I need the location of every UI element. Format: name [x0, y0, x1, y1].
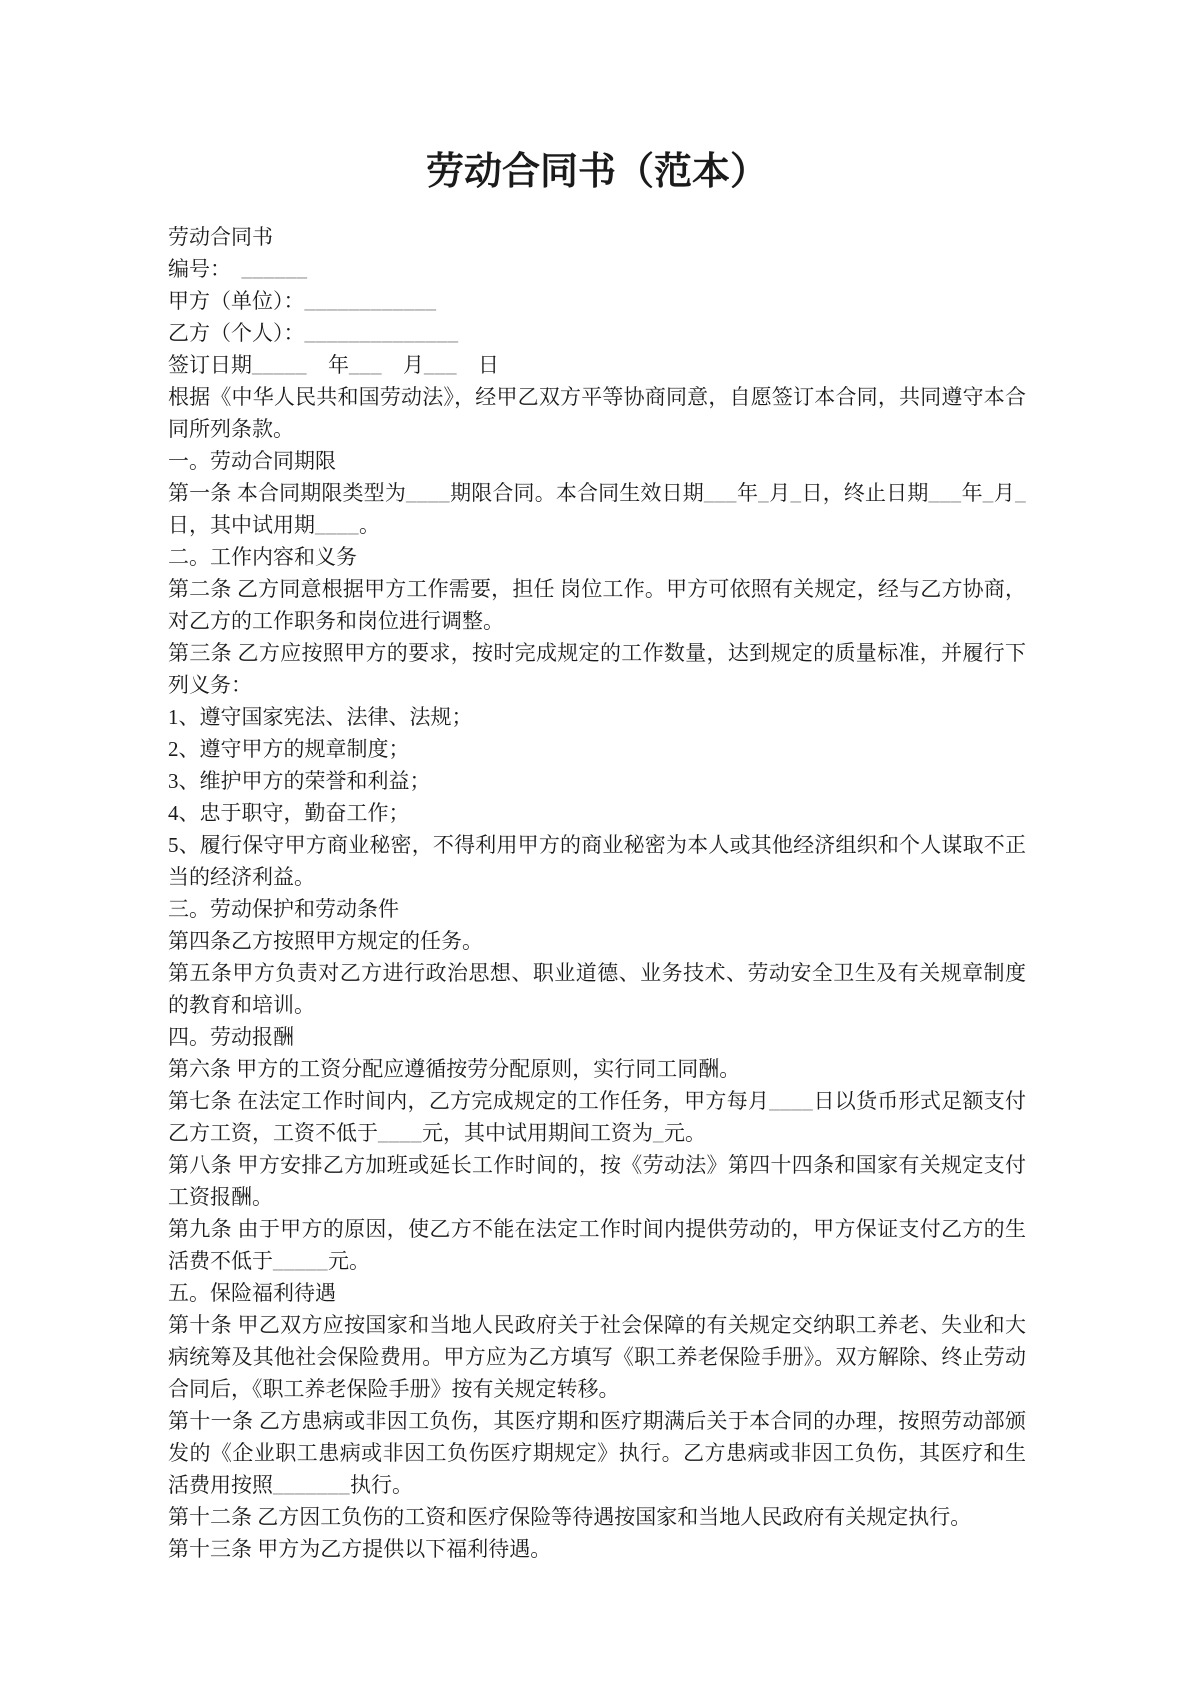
blank-line: ____	[406, 481, 450, 505]
blank-line: ______________	[305, 321, 459, 345]
blank-line: ____________	[305, 289, 437, 313]
blank-line: _	[1015, 481, 1026, 505]
paragraph: 五。保险福利待遇	[168, 1277, 1026, 1309]
paragraph: 劳动合同书	[168, 221, 1026, 253]
paragraph: 第八条 甲方安排乙方加班或延长工作时间的，按《劳动法》第四十四条和国家有关规定支…	[168, 1149, 1026, 1213]
paragraph: 二。工作内容和义务	[168, 541, 1026, 573]
paragraph: 四。劳动报酬	[168, 1021, 1026, 1053]
paragraph: 甲方（单位）：____________	[168, 285, 1026, 317]
blank-line: ____	[378, 1121, 422, 1145]
document-content: 劳动合同书（范本） 劳动合同书编号： ______甲方（单位）：________…	[168, 140, 1026, 1565]
blank-line: _	[758, 481, 769, 505]
paragraph: 4、忠于职守，勤奋工作；	[168, 797, 1026, 829]
paragraph: 第七条 在法定工作时间内，乙方完成规定的工作任务，甲方每月____日以货币形式足…	[168, 1085, 1026, 1149]
blank-line: ____	[769, 1089, 813, 1113]
contract-document-page: 劳动合同书（范本） 劳动合同书编号： ______甲方（单位）：________…	[0, 0, 1190, 1683]
blank-line: ___	[928, 481, 961, 505]
paragraph: 根据《中华人民共和国劳动法》，经甲乙双方平等协商同意，自愿签订本合同，共同遵守本…	[168, 381, 1026, 445]
blank-line: _	[653, 1121, 664, 1145]
paragraph: 编号： ______	[168, 253, 1026, 285]
paragraph: 第十条 甲乙双方应按国家和当地人民政府关于社会保障的有关规定交纳职工养老、失业和…	[168, 1309, 1026, 1405]
blank-line: ____	[315, 513, 359, 537]
paragraph: 第四条乙方按照甲方规定的任务。	[168, 925, 1026, 957]
paragraph: 三。劳动保护和劳动条件	[168, 893, 1026, 925]
document-body: 劳动合同书编号： ______甲方（单位）：____________乙方（个人）…	[168, 221, 1026, 1565]
blank-line: ___	[424, 353, 457, 377]
paragraph: 乙方（个人）：______________	[168, 317, 1026, 349]
paragraph: 第二条 乙方同意根据甲方工作需要，担任 岗位工作。甲方可依照有关规定，经与乙方协…	[168, 573, 1026, 637]
paragraph: 2、遵守甲方的规章制度；	[168, 733, 1026, 765]
paragraph: 第三条 乙方应按照甲方的要求，按时完成规定的工作数量，达到规定的质量标准，并履行…	[168, 637, 1026, 701]
blank-line: ___	[349, 353, 382, 377]
blank-line: ______	[242, 257, 308, 281]
blank-line: _____	[273, 1249, 328, 1273]
paragraph: 第十二条 乙方因工负伤的工资和医疗保险等待遇按国家和当地人民政府有关规定执行。	[168, 1501, 1026, 1533]
paragraph: 第十一条 乙方患病或非因工负伤，其医疗期和医疗期满后关于本合同的办理，按照劳动部…	[168, 1405, 1026, 1501]
paragraph: 第一条 本合同期限类型为____期限合同。本合同生效日期___年_月_日，终止日…	[168, 477, 1026, 541]
blank-line: _____	[252, 353, 307, 377]
paragraph: 3、维护甲方的荣誉和利益；	[168, 765, 1026, 797]
blank-line: _	[790, 481, 801, 505]
paragraph: 第五条甲方负责对乙方进行政治思想、职业道德、业务技术、劳动安全卫生及有关规章制度…	[168, 957, 1026, 1021]
paragraph: 第十三条 甲方为乙方提供以下福利待遇。	[168, 1533, 1026, 1565]
blank-line: _	[983, 481, 994, 505]
paragraph: 1、遵守国家宪法、法律、法规；	[168, 701, 1026, 733]
paragraph: 5、履行保守甲方商业秘密，不得利用甲方的商业秘密为本人或其他经济组织和个人谋取不…	[168, 829, 1026, 893]
blank-line: _______	[273, 1473, 350, 1497]
paragraph: 第六条 甲方的工资分配应遵循按劳分配原则，实行同工同酬。	[168, 1053, 1026, 1085]
paragraph: 一。劳动合同期限	[168, 445, 1026, 477]
blank-line: ___	[704, 481, 737, 505]
paragraph: 第九条 由于甲方的原因，使乙方不能在法定工作时间内提供劳动的，甲方保证支付乙方的…	[168, 1213, 1026, 1277]
paragraph: 签订日期_____ 年___ 月___ 日	[168, 349, 1026, 381]
page-title: 劳动合同书（范本）	[168, 140, 1026, 195]
